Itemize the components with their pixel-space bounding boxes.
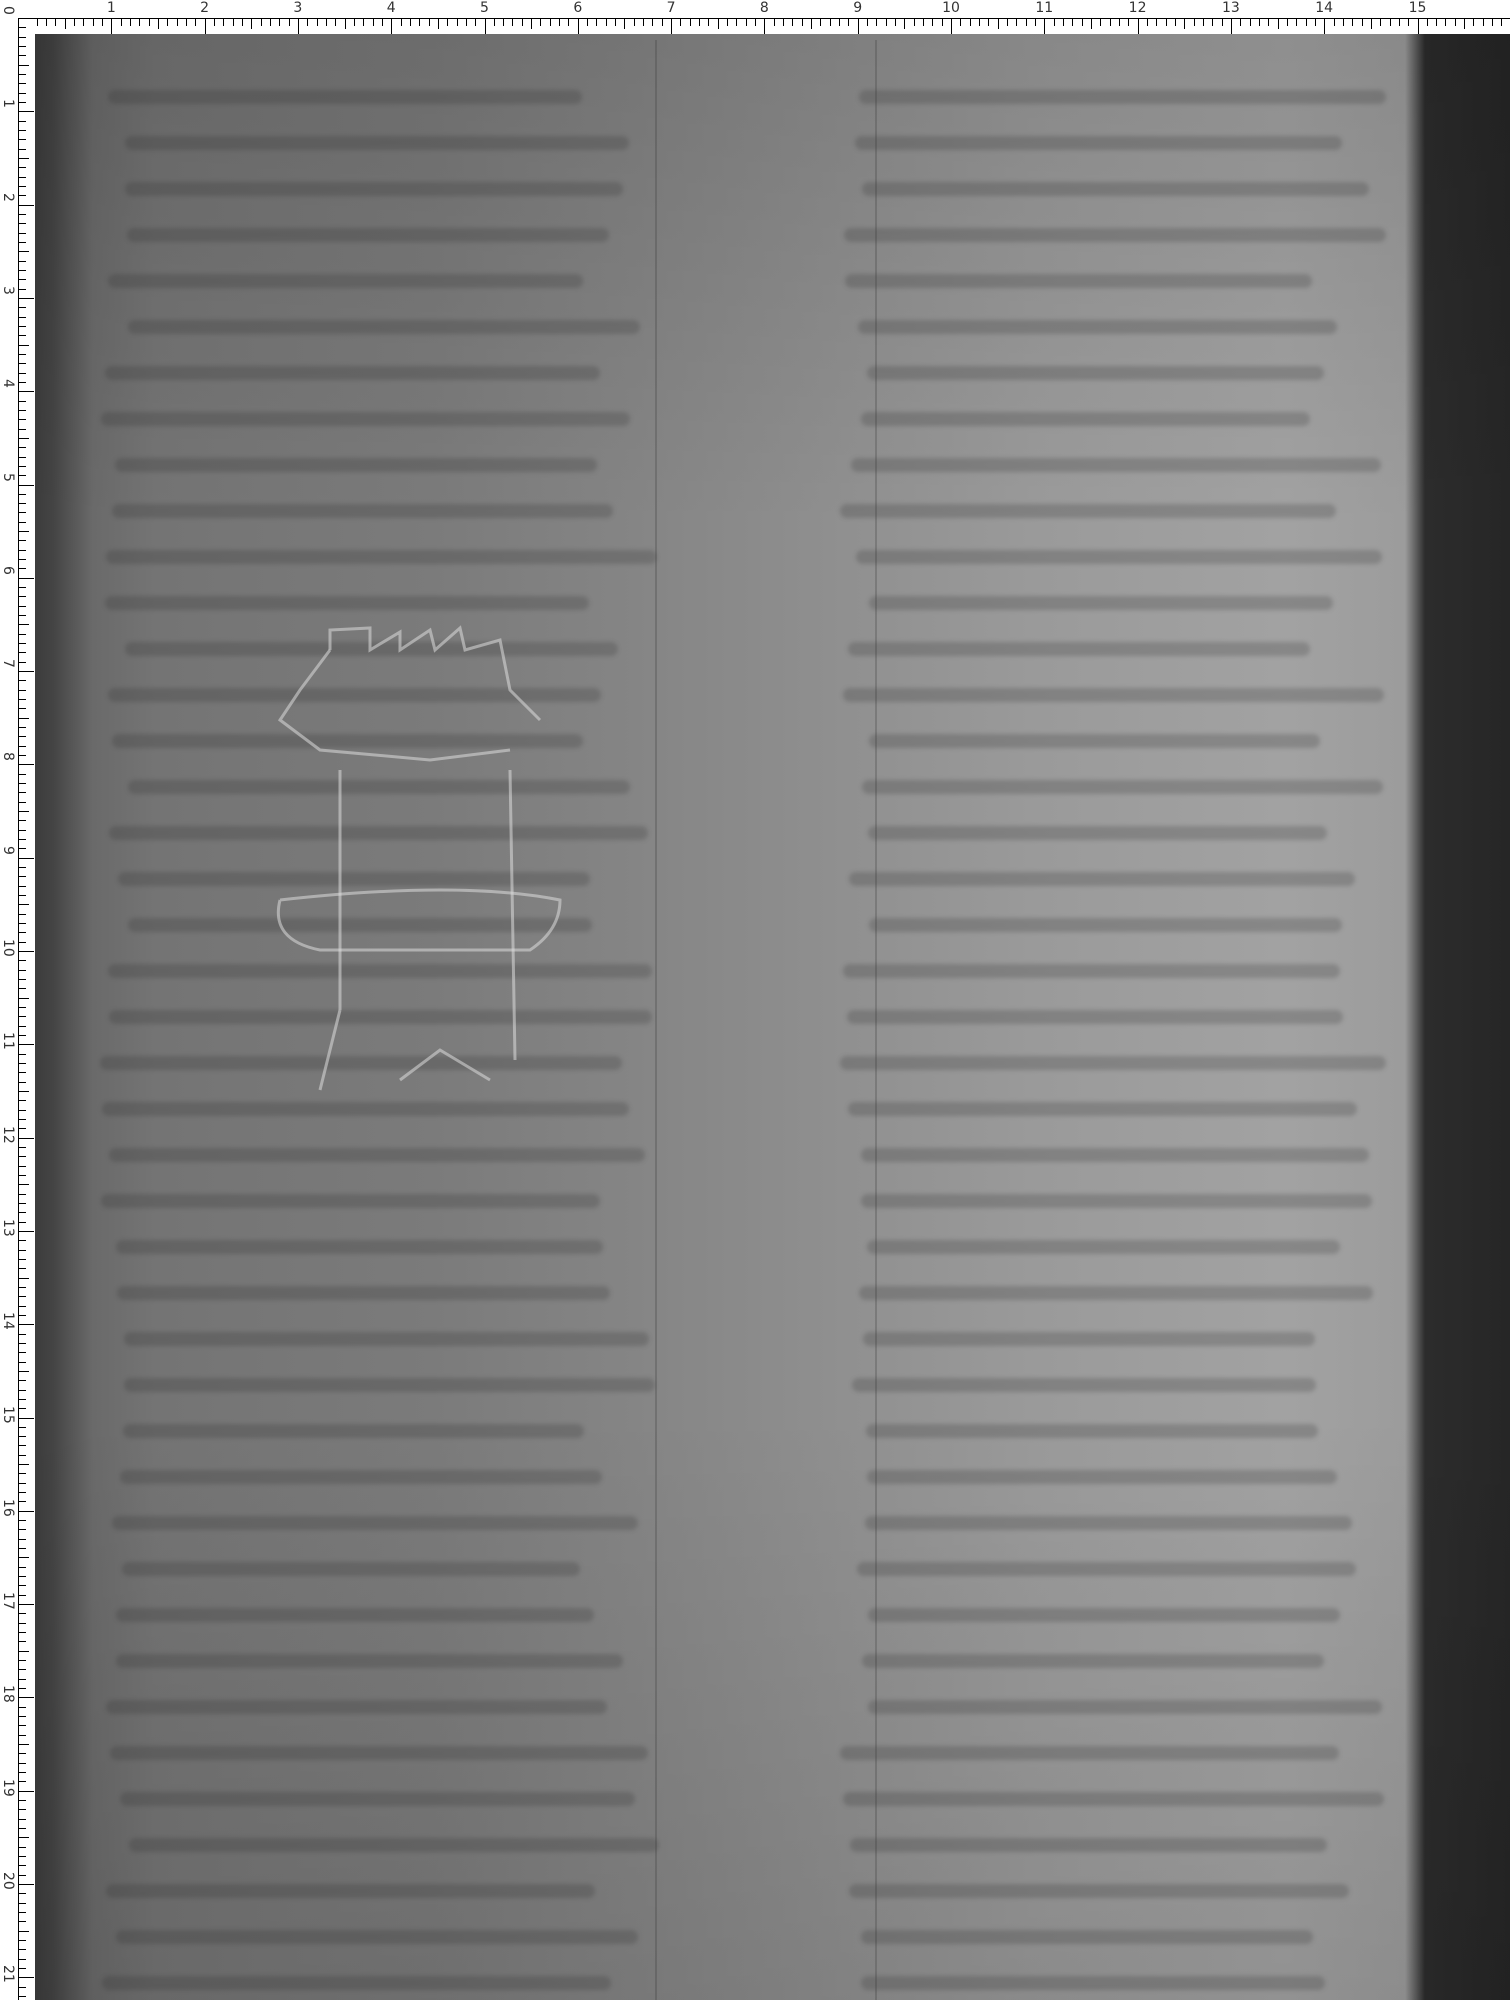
- ruler-tick: [19, 27, 26, 28]
- ruler-label: 8: [760, 0, 769, 16]
- ruler-tick: [19, 1399, 26, 1400]
- ruler-tick: [19, 1352, 26, 1353]
- ruler-tick: [19, 531, 29, 532]
- ruler-tick: [19, 1082, 26, 1083]
- ruler-tick: [1399, 19, 1400, 26]
- ruler-tick: [615, 19, 616, 26]
- ruler-tick: [19, 1222, 26, 1223]
- ruler-tick: [19, 1651, 29, 1652]
- script-line: [844, 228, 1386, 242]
- ruler-label: 16: [0, 1499, 16, 1517]
- ruler-tick: [19, 923, 26, 924]
- script-line: [849, 872, 1355, 886]
- ruler-tick: [19, 410, 26, 411]
- ruler-tick: [19, 307, 26, 308]
- script-line: [112, 1516, 639, 1530]
- ruler-tick: [19, 1511, 34, 1512]
- ruler-tick: [643, 19, 644, 26]
- script-line: [116, 1930, 638, 1944]
- ruler-tick: [19, 1837, 29, 1838]
- ruler-tick: [111, 19, 112, 34]
- ruler-tick: [19, 1184, 29, 1185]
- ruler-tick: [19, 1697, 34, 1698]
- script-line: [116, 1608, 594, 1622]
- ruler-tick: [19, 65, 29, 66]
- script-line: [128, 320, 641, 334]
- ruler-tick: [727, 19, 728, 26]
- ruler-tick: [261, 19, 262, 26]
- ruler-tick: [19, 1296, 26, 1297]
- script-line: [123, 1424, 584, 1438]
- ruler-tick: [19, 55, 26, 56]
- vertical-ruler: 0123456789101112131415161718192021: [0, 0, 34, 2000]
- ruler-tick: [19, 326, 26, 327]
- ruler-tick: [811, 19, 812, 29]
- script-line: [124, 1332, 649, 1346]
- ruler-tick: [19, 1212, 26, 1213]
- ruler-tick: [19, 1334, 26, 1335]
- script-line: [867, 366, 1324, 380]
- script-line: [861, 1976, 1326, 1990]
- script-line: [859, 1286, 1373, 1300]
- ruler-tick: [19, 139, 26, 140]
- ruler-tick: [1016, 19, 1017, 26]
- ruler-label: 7: [0, 659, 16, 668]
- ruler-tick: [886, 19, 887, 26]
- ruler-label: 4: [0, 379, 16, 388]
- ruler-tick: [19, 1763, 26, 1764]
- script-line: [843, 688, 1384, 702]
- ruler-tick: [596, 19, 597, 26]
- ruler-tick: [1147, 19, 1148, 26]
- ruler-tick: [1445, 19, 1446, 26]
- ruler-tick: [19, 1903, 26, 1904]
- ruler-tick: [19, 130, 26, 131]
- script-line: [125, 182, 623, 196]
- outline-drawing: [260, 610, 580, 1110]
- ruler-tick: [494, 19, 495, 26]
- ruler-tick: [19, 587, 26, 588]
- ruler-tick: [708, 19, 709, 26]
- ruler-tick: [19, 998, 29, 999]
- ruler-tick: [19, 1567, 26, 1568]
- ruler-tick: [904, 19, 905, 29]
- ruler-tick: [345, 19, 346, 29]
- ruler-tick: [19, 512, 26, 513]
- ruler-tick: [914, 19, 915, 26]
- ruler-tick: [1362, 19, 1363, 26]
- ruler-tick: [1166, 19, 1167, 26]
- script-line: [843, 964, 1340, 978]
- ruler-tick: [19, 830, 26, 831]
- script-line: [106, 550, 656, 564]
- ruler-tick: [1343, 19, 1344, 26]
- script-line: [120, 1470, 603, 1484]
- ruler-tick: [19, 242, 26, 243]
- column-ruling: [655, 40, 657, 2000]
- ruler-tick: [1306, 19, 1307, 26]
- ruler-tick: [19, 1884, 34, 1885]
- ruler-label: 7: [667, 0, 676, 16]
- ruler-tick: [74, 19, 75, 26]
- ruler-tick: [19, 1931, 29, 1932]
- ruler-label: 1: [0, 99, 16, 108]
- ruler-tick: [1072, 19, 1073, 26]
- ruler-tick: [19, 1203, 26, 1204]
- ruler-tick: [457, 19, 458, 26]
- ruler-tick: [19, 1660, 26, 1661]
- ruler-tick: [19, 886, 26, 887]
- ruler-tick: [19, 960, 26, 961]
- ruler-tick: [19, 1847, 26, 1848]
- ruler-tick: [1287, 19, 1288, 26]
- ruler-tick: [19, 615, 26, 616]
- ruler-tick: [19, 1492, 26, 1493]
- ruler-tick: [19, 1110, 26, 1111]
- horizontal-ruler: 0123456789101112131415: [0, 0, 1510, 34]
- ruler-tick: [19, 1585, 26, 1586]
- ruler-tick: [1436, 19, 1437, 26]
- ruler-tick: [1044, 19, 1045, 34]
- ruler-tick: [19, 1940, 26, 1941]
- ruler-tick: [1418, 19, 1419, 34]
- ruler-tick: [1315, 19, 1316, 26]
- ruler-tick: [19, 876, 26, 877]
- ruler-tick: [19, 1632, 26, 1633]
- ruler-tick: [279, 19, 280, 26]
- ruler-tick: [1464, 19, 1465, 29]
- ruler-tick: [764, 19, 765, 34]
- script-line: [865, 1516, 1352, 1530]
- ruler-tick: [475, 19, 476, 26]
- ruler-tick: [19, 1054, 26, 1055]
- script-line: [122, 1562, 580, 1576]
- ruler-tick: [690, 19, 691, 26]
- ruler-tick: [19, 1147, 26, 1148]
- script-line: [106, 1700, 607, 1714]
- ruler-tick: [19, 158, 29, 159]
- ruler-tick: [19, 466, 26, 467]
- ruler-tick: [774, 19, 775, 26]
- ruler-tick: [19, 1166, 26, 1167]
- ruler-tick: [19, 317, 26, 318]
- ruler-tick: [783, 19, 784, 26]
- ruler-tick: [429, 19, 430, 26]
- ruler-tick: [19, 289, 26, 290]
- ruler-tick: [19, 578, 34, 579]
- ruler-tick: [792, 19, 793, 26]
- ruler-tick: [485, 19, 486, 34]
- ruler-label: 8: [0, 752, 16, 761]
- ruler-tick: [680, 19, 681, 26]
- ruler-tick: [19, 214, 26, 215]
- script-line: [125, 136, 630, 150]
- script-line: [847, 1010, 1344, 1024]
- ruler-tick: [19, 1921, 26, 1922]
- ruler-tick: [195, 19, 196, 26]
- ruler-tick: [19, 568, 26, 569]
- script-line: [848, 1102, 1357, 1116]
- ruler-tick: [307, 19, 308, 26]
- ruler-tick: [652, 19, 653, 26]
- ruler-tick: [19, 624, 29, 625]
- ruler-tick: [923, 19, 924, 26]
- script-line: [102, 1976, 611, 1990]
- ruler-tick: [1240, 19, 1241, 26]
- ruler-tick: [19, 1529, 26, 1530]
- ruler-tick: [19, 662, 26, 663]
- ruler-tick: [1063, 19, 1064, 26]
- script-line: [116, 1240, 603, 1254]
- ruler-tick: [19, 1483, 26, 1484]
- ruler-label: 9: [0, 846, 16, 855]
- ruler-tick: [19, 1473, 26, 1474]
- script-line: [856, 550, 1383, 564]
- ruler-tick: [19, 1128, 26, 1129]
- script-line: [124, 1378, 655, 1392]
- script-line: [106, 1884, 594, 1898]
- ruler-tick: [998, 19, 999, 29]
- ruler-tick: [531, 19, 532, 29]
- ruler-tick: [177, 19, 178, 26]
- ruler-tick: [19, 1576, 26, 1577]
- ruler-tick: [970, 19, 971, 26]
- ruler-label: 11: [0, 1032, 16, 1050]
- ruler-tick: [867, 19, 868, 26]
- ruler-tick: [1250, 19, 1251, 26]
- ruler-tick: [19, 1520, 26, 1521]
- ruler-tick: [1091, 19, 1092, 29]
- script-line: [840, 1056, 1386, 1070]
- ruler-tick: [55, 19, 56, 26]
- ruler-tick: [1110, 19, 1111, 26]
- ruler-tick: [19, 121, 26, 122]
- ruler-tick: [19, 1436, 26, 1437]
- ruler-tick: [19, 1250, 26, 1251]
- ruler-tick: [19, 1072, 26, 1073]
- script-line: [862, 780, 1382, 794]
- ruler-tick: [242, 19, 243, 26]
- ruler-tick: [391, 19, 392, 34]
- ruler-tick: [19, 37, 26, 38]
- ruler-tick: [1408, 19, 1409, 26]
- ruler-label: 2: [200, 0, 209, 16]
- ruler-tick: [363, 19, 364, 26]
- ruler-tick: [1035, 19, 1036, 26]
- ruler-tick: [19, 251, 29, 252]
- ruler-tick: [19, 447, 26, 448]
- ruler-tick: [19, 727, 26, 728]
- ruler-tick: [19, 93, 26, 94]
- ruler-tick: [19, 298, 34, 299]
- ruler-tick: [19, 102, 26, 103]
- ruler-tick: [19, 1464, 29, 1465]
- ruler-tick: [606, 19, 607, 26]
- ruler-label: 14: [0, 1312, 16, 1330]
- ruler-tick: [19, 867, 26, 868]
- ruler-tick: [167, 19, 168, 26]
- ruler-tick: [19, 1557, 29, 1558]
- ruler-label: 6: [573, 0, 582, 16]
- ruler-tick: [19, 802, 26, 803]
- script-line: [855, 136, 1342, 150]
- ruler-tick: [19, 774, 26, 775]
- ruler-tick: [19, 186, 26, 187]
- script-line: [862, 182, 1370, 196]
- ruler-tick: [1455, 19, 1456, 26]
- ruler-tick: [270, 19, 271, 26]
- ruler-tick: [540, 19, 541, 26]
- ruler-tick: [186, 19, 187, 26]
- ruler-label: 4: [387, 0, 396, 16]
- ruler-tick: [895, 19, 896, 26]
- ruler-tick: [634, 19, 635, 26]
- script-line: [105, 366, 600, 380]
- ruler-tick: [19, 1968, 26, 1969]
- ruler-tick: [699, 19, 700, 26]
- ruler-tick: [19, 149, 26, 150]
- ruler-tick: [830, 19, 831, 26]
- ruler-tick: [19, 1753, 26, 1754]
- ruler-tick: [19, 1987, 26, 1988]
- script-line: [867, 1240, 1340, 1254]
- ruler-tick: [19, 1641, 26, 1642]
- ruler-label: 21: [0, 1965, 16, 1983]
- ruler-tick: [121, 19, 122, 26]
- ruler-tick: [19, 1156, 26, 1157]
- script-line: [105, 596, 588, 610]
- ruler-tick: [19, 1044, 34, 1045]
- script-line: [858, 320, 1337, 334]
- ruler-tick: [46, 19, 47, 26]
- ruler-tick: [19, 550, 26, 551]
- ruler-tick: [19, 764, 34, 765]
- ruler-tick: [19, 373, 26, 374]
- ruler-label: 6: [0, 566, 16, 575]
- ruler-tick: [848, 19, 849, 26]
- ruler-tick: [1231, 19, 1232, 34]
- ruler-tick: [1128, 19, 1129, 26]
- ruler-label: 14: [1315, 0, 1333, 16]
- ruler-tick: [858, 19, 859, 34]
- ruler-tick: [19, 503, 26, 504]
- ruler-tick: [578, 19, 579, 34]
- ruler-tick: [19, 205, 34, 206]
- ruler-tick: [19, 895, 26, 896]
- ruler-tick: [19, 1501, 26, 1502]
- ruler-tick: [19, 1287, 26, 1288]
- ruler-tick: [1194, 19, 1195, 26]
- ruler-tick: [19, 177, 26, 178]
- ruler-tick: [19, 1231, 34, 1232]
- ruler-tick: [19, 1809, 26, 1810]
- ruler-tick: [19, 699, 26, 700]
- ruler-tick: [382, 19, 383, 26]
- ruler-tick: [19, 1026, 26, 1027]
- ruler-label: 11: [1035, 0, 1053, 16]
- ruler-tick: [19, 335, 26, 336]
- ruler-tick: [233, 19, 234, 26]
- ruler-tick: [19, 652, 26, 653]
- ruler-tick: [19, 1390, 26, 1391]
- script-line: [869, 734, 1320, 748]
- ruler-tick: [1100, 19, 1101, 26]
- script-line: [861, 412, 1311, 426]
- ruler-tick: [447, 19, 448, 26]
- ruler-tick: [466, 19, 467, 26]
- ruler-tick: [19, 382, 26, 383]
- ruler-tick: [1390, 19, 1391, 26]
- ruler-tick: [19, 1306, 26, 1307]
- script-line: [862, 1654, 1324, 1668]
- ruler-tick: [1296, 19, 1297, 26]
- script-line: [112, 504, 614, 518]
- ruler-tick: [19, 1800, 26, 1801]
- script-line: [848, 642, 1310, 656]
- ruler-tick: [19, 1856, 26, 1857]
- ruler-tick: [149, 19, 150, 26]
- ruler-tick: [19, 1604, 34, 1605]
- ruler-tick: [19, 1371, 29, 1372]
- script-line: [101, 412, 629, 426]
- ruler-tick: [19, 904, 29, 905]
- ruler-tick: [19, 755, 26, 756]
- ruler-tick: [19, 540, 26, 541]
- ruler-tick: [19, 1819, 26, 1820]
- ruler-tick: [19, 363, 26, 364]
- ruler-tick: [19, 1791, 34, 1792]
- script-line: [117, 1286, 611, 1300]
- ruler-tick: [354, 19, 355, 26]
- script-line: [115, 458, 596, 472]
- ruler-tick: [1007, 19, 1008, 26]
- ruler-tick: [19, 792, 26, 793]
- ruler-tick: [736, 19, 737, 26]
- script-line: [120, 1792, 635, 1806]
- script-line: [868, 1608, 1341, 1622]
- script-line: [852, 1378, 1316, 1392]
- ruler-tick: [65, 19, 66, 29]
- script-line: [849, 1884, 1349, 1898]
- ruler-tick: [1212, 19, 1213, 26]
- ruler-tick: [550, 19, 551, 26]
- ruler-tick: [1203, 19, 1204, 26]
- ruler-tick: [19, 438, 29, 439]
- ruler-tick: [718, 19, 719, 29]
- ruler-tick: [19, 1315, 26, 1316]
- ruler-tick: [19, 1688, 26, 1689]
- ruler-tick: [19, 1595, 26, 1596]
- ruler-tick: [1473, 19, 1474, 26]
- ruler-tick: [19, 1240, 26, 1241]
- ruler-tick: [19, 1278, 29, 1279]
- ruler-tick: [1427, 19, 1428, 26]
- script-line: [861, 1148, 1369, 1162]
- ruler-tick: [19, 457, 26, 458]
- ruler-tick: [19, 18, 34, 19]
- ruler-tick: [19, 1138, 34, 1139]
- script-line: [845, 274, 1312, 288]
- ruler-tick: [19, 1669, 26, 1670]
- ruler-tick: [1138, 19, 1139, 34]
- ruler-tick: [19, 1035, 26, 1036]
- ruler-tick: [19, 391, 34, 392]
- script-line: [851, 458, 1380, 472]
- ruler-tick: [1156, 19, 1157, 26]
- ruler-tick: [1278, 19, 1279, 29]
- ruler-tick: [19, 522, 26, 523]
- ruler-tick: [83, 19, 84, 26]
